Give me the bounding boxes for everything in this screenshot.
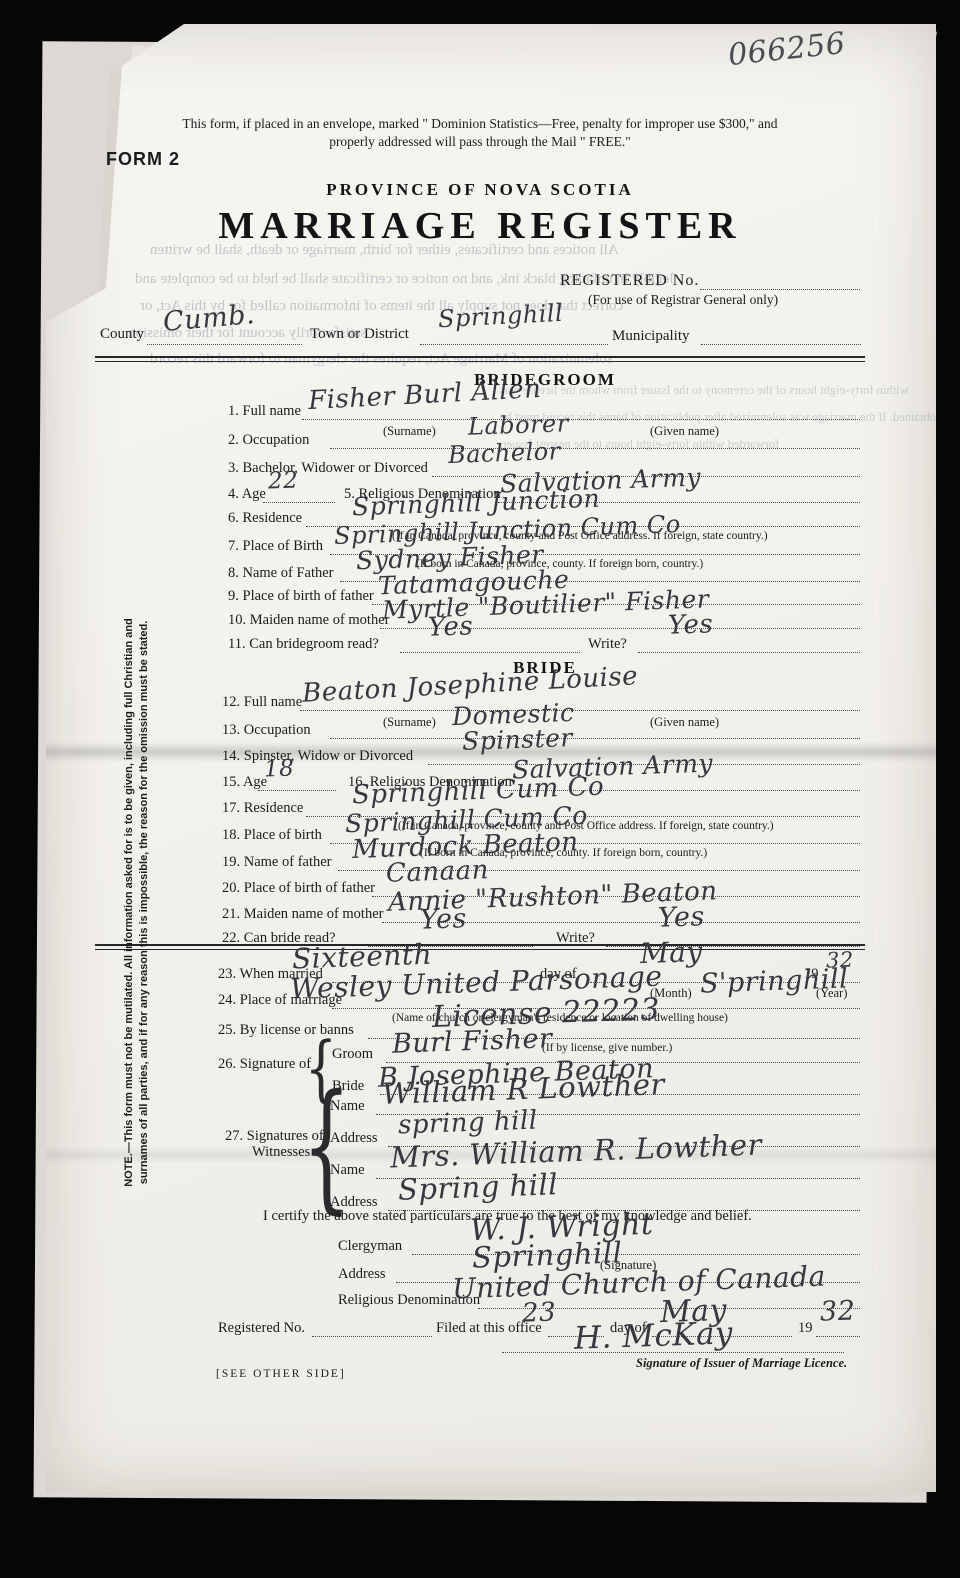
town-value: Springhill	[437, 299, 564, 334]
form-content: All notices and certificates, either for…	[0, 0, 960, 1578]
bride-father-birthplace-label: 20. Place of birth of father	[222, 880, 375, 897]
groom-read-value: Yes	[427, 611, 473, 643]
groom-mother-label: 10. Maiden name of mother	[228, 612, 389, 629]
filed-year-value: 32	[819, 1295, 855, 1327]
dotted-line	[330, 738, 860, 739]
groom-occupation-value: Laborer	[468, 409, 570, 440]
double-rule	[95, 356, 865, 362]
bride-status-value: Spinster	[462, 723, 574, 756]
dotted-line	[263, 502, 335, 503]
bride-occupation-label: 13. Occupation	[222, 722, 311, 739]
groom-father-birthplace-label: 9. Place of birth of father	[228, 588, 374, 605]
bride-write-value: Yes	[657, 901, 705, 934]
surname-sublabel: (Surname)	[383, 715, 436, 730]
groom-fullname-label: 1. Full name	[228, 403, 301, 420]
surname-sublabel: (Surname)	[383, 424, 436, 439]
bride-read-value: Yes	[419, 903, 467, 936]
groom-status-label: 3. Bachelor, Widower or Divorced	[228, 460, 428, 477]
clergyman-label: Clergyman	[338, 1238, 402, 1255]
groom-age-value: 22	[268, 467, 299, 494]
groom-signature: Burl Fisher	[392, 1023, 553, 1060]
margin-note-line2: surnames of all parties, and if for any …	[137, 555, 152, 1250]
bride-residence-label: 17. Residence	[222, 800, 303, 817]
dotted-line	[258, 790, 336, 791]
bride-father-label: 19. Name of father	[222, 854, 332, 871]
dotted-line	[816, 1336, 860, 1337]
place-of-marriage-value-2: S'pringhill	[700, 963, 849, 999]
groom-birthplace-label: 7. Place of Birth	[228, 538, 323, 555]
dotted-line	[147, 344, 302, 345]
clergyman-address-label: Address	[338, 1266, 386, 1283]
issuer-signature: H. McKay	[573, 1315, 733, 1357]
bride-fullname-label: 12. Full name	[222, 694, 302, 711]
groom-read-label: 11. Can bridegroom read?	[228, 636, 379, 653]
dotted-line	[502, 1352, 844, 1353]
province-heading: PROVINCE OF NOVA SCOTIA	[150, 180, 810, 200]
registered-no-note: (For use of Registrar General only)	[588, 292, 778, 308]
municipality-label: Municipality	[612, 328, 690, 345]
registered-no-bottom-label: Registered No.	[218, 1320, 305, 1337]
dotted-line	[420, 344, 608, 345]
witness2-name-label: Name	[330, 1162, 365, 1179]
groom-write-label: Write?	[588, 636, 627, 653]
bride-status-label: 14. Spinster, Widow or Divorced	[222, 748, 413, 765]
filed-day-value: 23	[521, 1297, 556, 1328]
given-name-sublabel: (Given name)	[650, 424, 719, 439]
witness2-address-value: Spring hill	[397, 1167, 558, 1207]
town-label: Town or District	[310, 326, 409, 343]
margin-note: NOTE.—This form must not be mutilated. A…	[122, 555, 152, 1250]
witness1-name-label: Name	[330, 1098, 365, 1115]
bride-age-value: 18	[264, 755, 295, 782]
groom-father-label: 8. Name of Father	[228, 565, 334, 582]
dotted-line	[330, 448, 860, 449]
dotted-line	[701, 344, 861, 345]
dotted-line	[300, 710, 860, 711]
bride-birthplace-label: 18. Place of birth	[222, 827, 322, 844]
filed-year-prefix: 19	[798, 1320, 813, 1337]
bride-age-label: 15. Age	[222, 774, 267, 791]
groom-age-label: 4. Age	[228, 486, 266, 503]
dotted-line	[312, 1336, 432, 1337]
envelope-notice-line2: properly addressed will pass through the…	[150, 134, 810, 150]
groom-sig-label: Groom	[332, 1046, 373, 1063]
bride-mother-label: 21. Maiden name of mother	[222, 906, 383, 923]
county-label: County	[100, 326, 144, 343]
groom-residence-label: 6. Residence	[228, 510, 302, 527]
witness1-address-label: Address	[330, 1130, 378, 1147]
dotted-line	[700, 289, 860, 290]
groom-write-value: Yes	[667, 609, 713, 641]
dotted-line	[400, 652, 580, 653]
registered-no-label: REGISTERED No.	[560, 272, 699, 290]
envelope-notice-line1: This form, if placed in an envelope, mar…	[150, 116, 810, 132]
dotted-line	[638, 652, 860, 653]
dotted-line	[302, 419, 860, 420]
penciled-number: 066256	[726, 26, 847, 73]
page-title: MARRIAGE REGISTER	[150, 204, 810, 248]
form-number: FORM 2	[106, 149, 180, 170]
margin-note-line1: NOTE.—This form must not be mutilated. A…	[122, 555, 137, 1250]
see-other-side-note: [SEE OTHER SIDE]	[216, 1368, 346, 1380]
double-rule	[95, 944, 865, 950]
groom-occupation-label: 2. Occupation	[228, 432, 309, 449]
groom-status-value: Bachelor	[448, 437, 562, 469]
given-name-sublabel: (Given name)	[650, 715, 719, 730]
issuer-signature-label: Signature of Issuer of Marriage Licence.	[636, 1356, 847, 1371]
signature-of-label: 26. Signature of	[218, 1056, 311, 1073]
